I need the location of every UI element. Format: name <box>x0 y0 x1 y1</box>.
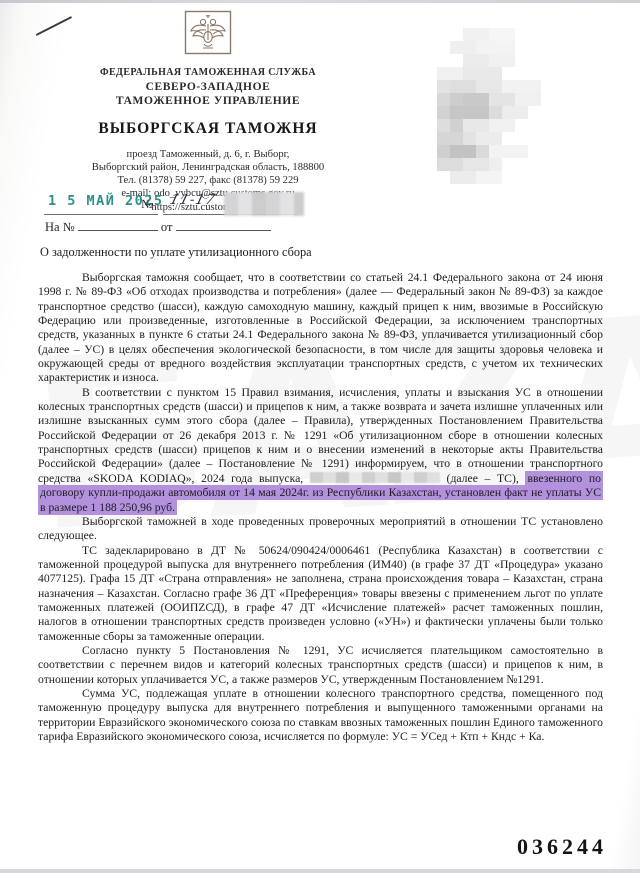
subject-line: О задолженности по уплате утилизационног… <box>40 245 312 260</box>
paragraph-3: Выборгской таможней в ходе проведенных п… <box>38 515 603 544</box>
form-serial-number: 036244 <box>517 834 607 860</box>
division-line1: СЕВЕРО-ЗАПАДНОЕ <box>18 80 398 94</box>
document-page: БАZА ФЕДЕРАЛЬНАЯ ТАМОЖЕННАЯ СЛУЖБА <box>0 0 640 873</box>
paragraph-2-text: В соответствии с пунктом 15 Правил взима… <box>38 386 603 485</box>
customs-office-name: ВЫБОРГСКАЯ ТАМОЖНЯ <box>18 119 398 138</box>
customs-emblem-icon <box>184 10 232 61</box>
reply-reference-row: На № от <box>45 220 271 235</box>
paragraph-1: Выборгская таможня сообщает, что в соотв… <box>38 271 603 386</box>
address-line1: проезд Таможенный, д. 6, г. Выборг, <box>18 148 398 161</box>
paragraph-6: Сумма УС, подлежащая уплате в отношении … <box>38 687 603 744</box>
handwritten-number: 11-17 <box>168 192 217 208</box>
phone-line: Тел. (81378) 59 227, факс (81378) 59 229 <box>18 174 398 187</box>
date-underline <box>44 214 158 215</box>
letterhead: ФЕДЕРАЛЬНАЯ ТАМОЖЕННАЯ СЛУЖБА СЕВЕРО-ЗАП… <box>18 10 398 214</box>
paragraph-2: В соответствии с пунктом 15 Правил взима… <box>38 386 603 515</box>
reply-number-blank <box>78 230 158 231</box>
paragraph-2-tail: (далее – ТС), <box>447 472 519 485</box>
paragraph-4: ТС задекларировано в ДТ № 50624/090424/0… <box>38 544 603 644</box>
photo-bottom-edge <box>0 869 640 873</box>
number-label: № <box>141 197 153 212</box>
address-line2: Выборгский район, Ленинградская область,… <box>18 161 398 174</box>
reply-label: На № <box>45 220 75 234</box>
division-line2: ТАМОЖЕННОЕ УПРАВЛЕНИЕ <box>18 94 398 108</box>
agency-name: ФЕДЕРАЛЬНАЯ ТАМОЖЕННАЯ СЛУЖБА <box>18 67 398 80</box>
redacted-region-pixelated <box>437 28 569 184</box>
redacted-owner-blur <box>310 472 440 483</box>
reply-date-blank <box>176 230 271 231</box>
reply-from-label: от <box>161 220 173 234</box>
paragraph-5: Согласно пункту 5 Постановления № 1291, … <box>38 644 603 687</box>
letter-body: Выборгская таможня сообщает, что в соотв… <box>38 271 603 744</box>
redacted-number-blur <box>224 192 304 216</box>
photo-top-edge <box>0 0 640 3</box>
